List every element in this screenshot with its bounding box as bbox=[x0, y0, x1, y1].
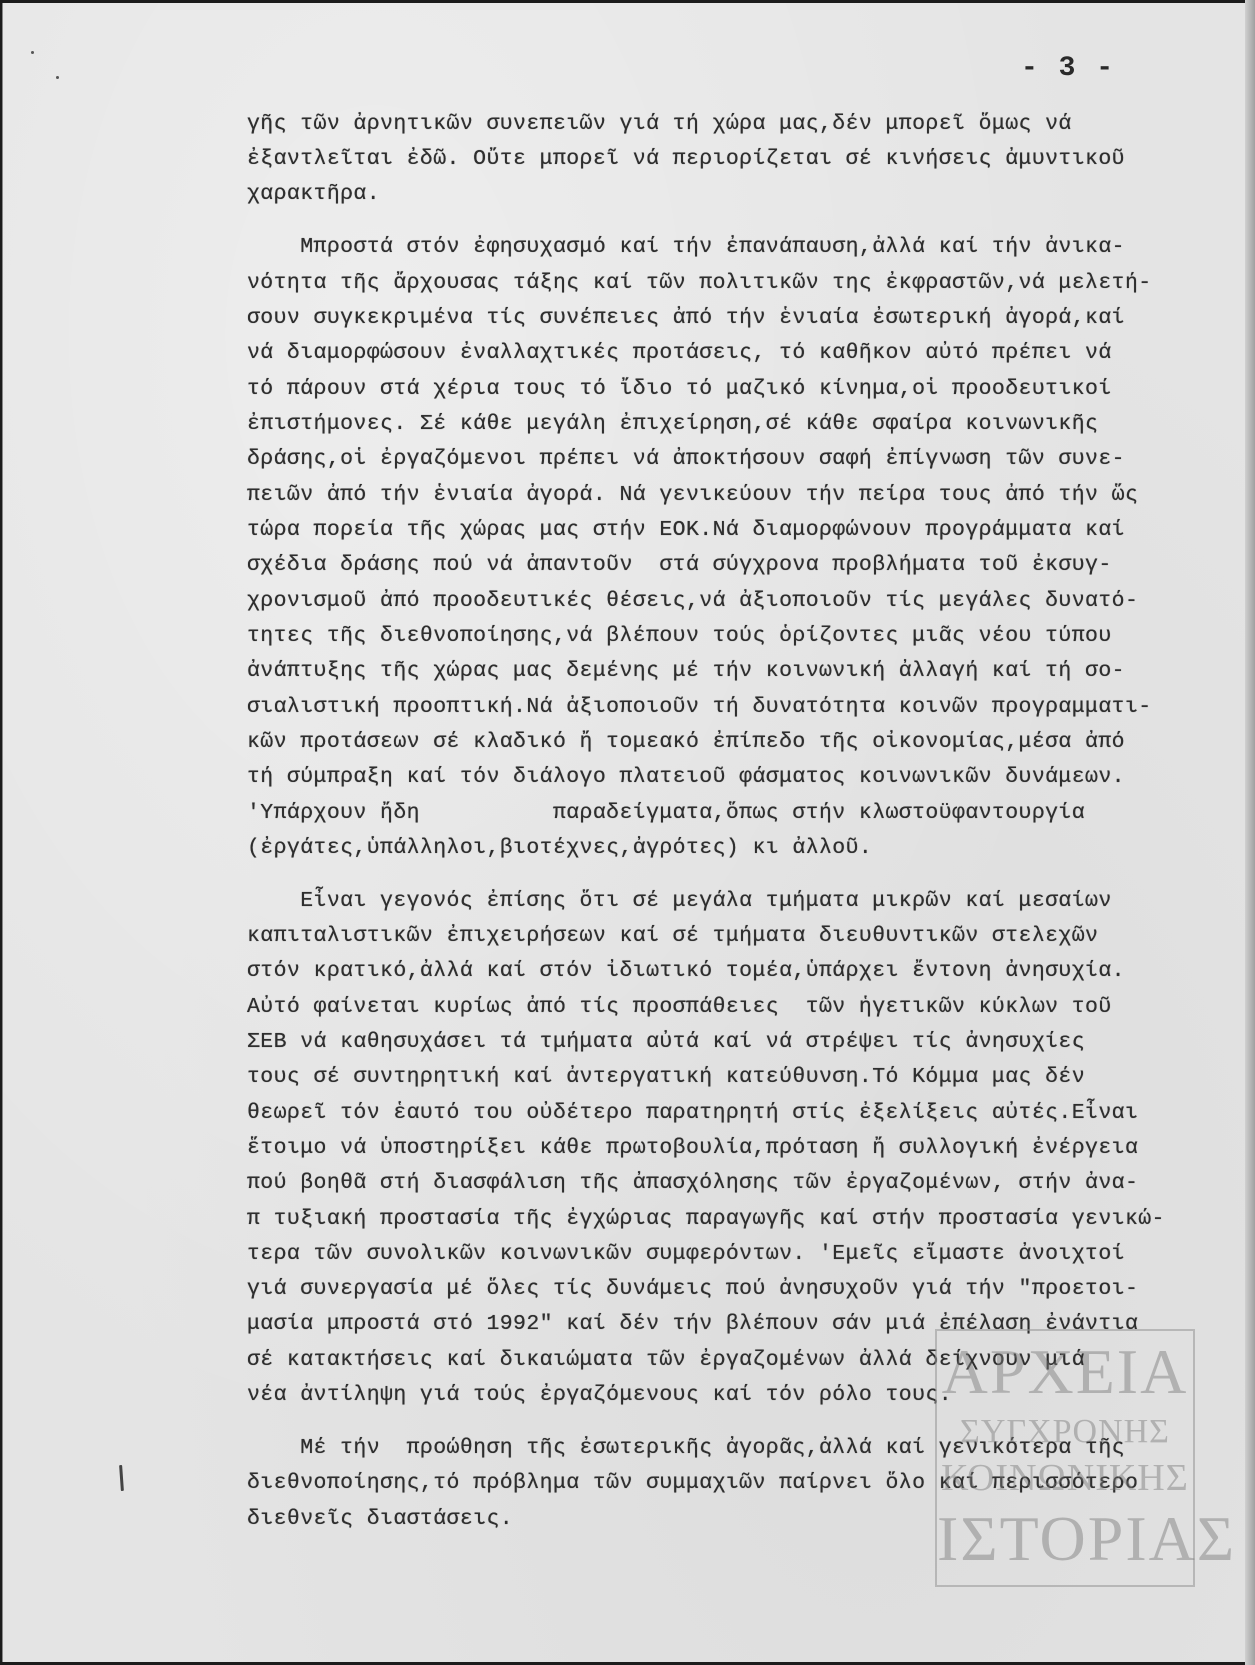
margin-pen-mark bbox=[119, 1465, 124, 1491]
text-line: σιαλιστική προοπτική.Νά ἀξιοποιοῦν τή δυ… bbox=[247, 697, 1152, 719]
paper-speck bbox=[56, 76, 59, 79]
text-line: τό πάρουν στά χέρια τους τό ἴδιο τό μαζι… bbox=[247, 379, 1112, 401]
text-line: ἕτοιμο νά ὑποστηρίξει κάθε πρωτοβουλία,π… bbox=[247, 1138, 1138, 1160]
text-line: τή σύμπραξη καί τόν διάλογο πλατειοῦ φάσ… bbox=[247, 767, 1125, 789]
text-line: πειῶν ἀπό τήν ἑνιαία ἀγορά. Νά γενικεύου… bbox=[247, 485, 1138, 507]
scan-edge-strip bbox=[1245, 0, 1255, 1665]
text-line: τητες τῆς διεθνοποίησης,νά βλέπουν τούς … bbox=[247, 626, 1112, 648]
text-line: π τυξιακή προστασία τῆς ἐγχώριας παραγωγ… bbox=[247, 1209, 1165, 1231]
text-line: 'Υπάρχουν ἤδη παραδείγματα,ὅπως στήν κλω… bbox=[247, 803, 1085, 825]
text-line: θεωρεῖ τόν ἑαυτό του οὐδέτερο παρατηρητή… bbox=[247, 1103, 1138, 1125]
text-line: μασία μπροστά στό 1992" καί δέν τήν βλέπ… bbox=[247, 1314, 1138, 1336]
page-number: - 3 - bbox=[1021, 53, 1115, 84]
text-line: Μέ τήν προώθηση τῆς ἐσωτερικῆς ἀγορᾶς,ἀλ… bbox=[247, 1438, 1125, 1460]
text-line: τους σέ συντηρητική καί ἀντεργατική κατε… bbox=[247, 1067, 1085, 1089]
watermark-line: ΙΣΤΟΡΙΑΣ bbox=[937, 1501, 1193, 1577]
text-line: ΣΕΒ νά καθησυχάσει τά τμήματα αὐτά καί ν… bbox=[247, 1032, 1085, 1054]
text-line: τερα τῶν συνολικῶν κοινωνικῶν συμφερόντω… bbox=[247, 1244, 1125, 1266]
text-line: νότητα τῆς ἄρχουσας τάξης καί τῶν πολιτι… bbox=[247, 273, 1152, 295]
text-line: γῆς τῶν ἀρνητικῶν συνεπειῶν γιά τή χώρα … bbox=[247, 114, 1072, 136]
document-page: - 3 - γῆς τῶν ἀρνητικῶν συνεπειῶν γιά τή… bbox=[2, 3, 1246, 1662]
text-line: στόν κρατικό,ἀλλά καί στόν ἰδιωτικό τομέ… bbox=[247, 961, 1125, 983]
text-line: Αὐτό φαίνεται κυρίως ἀπό τίς προσπάθειες… bbox=[247, 997, 1112, 1019]
text-line: νά διαμορφώσουν ἐναλλαχτικές προτάσεις, … bbox=[247, 343, 1112, 365]
text-line: ἐξαντλεῖται ἐδῶ. Οὔτε μπορεῖ νά περιορίζ… bbox=[247, 149, 1125, 171]
text-line: Εἶναι γεγονός ἐπίσης ὅτι σέ μεγάλα τμήμα… bbox=[247, 891, 1112, 913]
text-line: ἀνάπτυξης τῆς χώρας μας δεμένης μέ τήν κ… bbox=[247, 661, 1125, 683]
text-line: νέα ἀντίληψη γιά τούς ἐργαζόμενους καί τ… bbox=[247, 1385, 952, 1407]
text-line: χαρακτῆρα. bbox=[247, 184, 380, 206]
text-line: σχέδια δράσης πού νά ἀπαντοῦν στά σύγχρο… bbox=[247, 555, 1112, 577]
text-line: σουν συγκεκριμένα τίς συνέπειες ἀπό τήν … bbox=[247, 308, 1125, 330]
text-line: Μπροστά στόν ἐφησυχασμό καί τήν ἐπανάπαυ… bbox=[247, 237, 1125, 259]
text-line: σέ κατακτήσεις καί δικαιώματα τῶν ἐργαζο… bbox=[247, 1350, 1085, 1372]
text-line: διεθνοποίησης,τό πρόβλημα τῶν συμμαχιῶν … bbox=[247, 1473, 1138, 1495]
watermark-line: ΑΡΧΕΙΑ bbox=[937, 1335, 1193, 1409]
text-line: ἐπιστήμονες. Σέ κάθε μεγάλη ἐπιχείρηση,σ… bbox=[247, 414, 1098, 436]
paper-speck bbox=[31, 51, 34, 54]
text-line: καπιταλιστικῶν ἐπιχειρήσεων καί σέ τμήμα… bbox=[247, 926, 1098, 948]
text-line: χρονισμοῦ ἀπό προοδευτικές θέσεις,νά ἀξι… bbox=[247, 591, 1138, 613]
text-line: δράσης,οἱ ἐργαζόμενοι πρέπει νά ἀποκτήσο… bbox=[247, 449, 1125, 471]
text-line: (ἐργάτες,ὑπάλληλοι,βιοτέχνες,ἀγρότες) κι… bbox=[247, 838, 872, 860]
text-line: πού βοηθᾶ στή διασφάλιση τῆς ἀπασχόλησης… bbox=[247, 1173, 1138, 1195]
text-line: κῶν προτάσεων σέ κλαδικό ἤ τομεακό ἐπίπε… bbox=[247, 732, 1125, 754]
text-line: διεθνεῖς διαστάσεις. bbox=[247, 1509, 513, 1531]
text-line: γιά συνεργασία μέ ὅλες τίς δυνάμεις πού … bbox=[247, 1279, 1138, 1301]
text-line: τώρα πορεία τῆς χώρας μας στήν ΕΟΚ.Νά δι… bbox=[247, 520, 1125, 542]
